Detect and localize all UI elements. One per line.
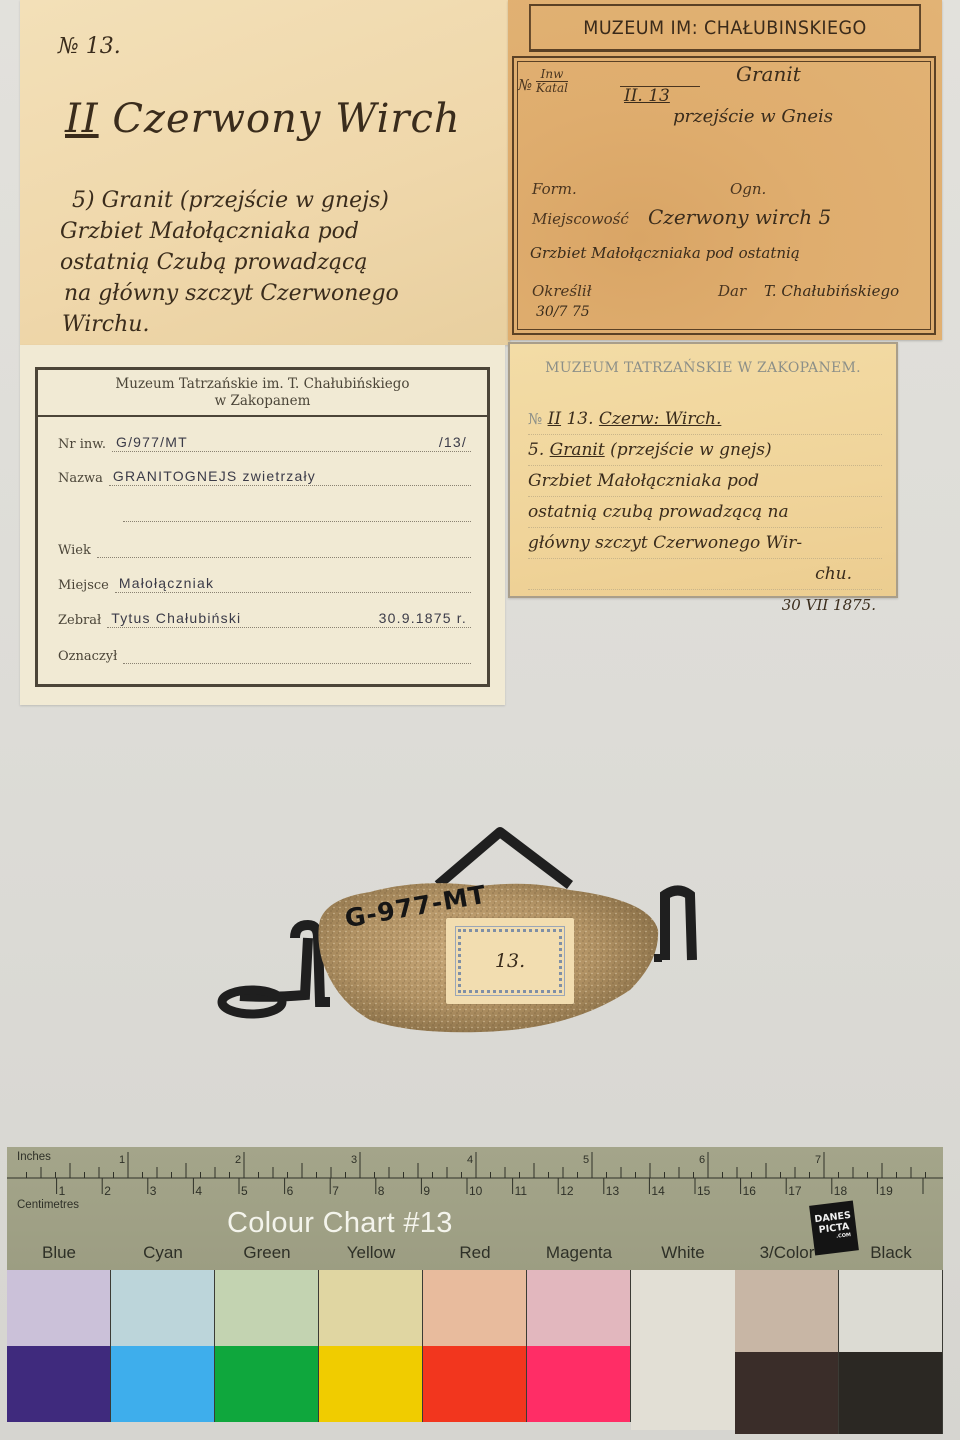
field-value (123, 504, 471, 522)
swatch-green-dark (215, 1346, 319, 1422)
card-header-line1: Muzeum Tatrzańskie im. T. Chałubińskiego (38, 376, 487, 393)
item-sub-number: 5. (528, 440, 544, 460)
svg-text:5: 5 (583, 1154, 589, 1166)
swatch-cyan-light (111, 1270, 215, 1346)
label-line-5: główny szczyt Czerwonego Wir- (528, 528, 882, 559)
label-description: 5) Granit (przejście w gnejs) Grzbiet Ma… (72, 185, 502, 340)
swatch-blue-dark (7, 1346, 111, 1422)
swatch-magenta-light (527, 1270, 631, 1346)
svg-text:5: 5 (241, 1184, 248, 1198)
svg-text:12: 12 (560, 1184, 574, 1198)
label-line-1: № II 13. Czerw: Wirch. (528, 404, 882, 435)
field-label: Oznaczył (58, 649, 117, 664)
field-label: Miejsce (58, 578, 109, 593)
determined-date: 30/7 75 (536, 304, 590, 320)
card-header: Muzeum Tatrzańskie im. T. Chałubińskiego… (38, 370, 487, 417)
label-header: MUZEUM IM: CHAŁUBINSKIEGO (529, 4, 921, 52)
granite-specimen: G-977-MT 13. (210, 820, 710, 1060)
inv-label: Inw (536, 68, 568, 82)
svg-text:15: 15 (697, 1184, 711, 1198)
place-value-continued: Grzbiet Małołączniaka pod ostatnią (530, 244, 800, 262)
handwritten-label-czerwony-wirch: № 13. II Czerwony Wirch 5) Granit (przej… (20, 0, 510, 345)
field-value: Tytus Chałubiński30.9.1875 r. (107, 610, 471, 628)
svg-text:1: 1 (59, 1184, 66, 1198)
label-title-roman: II (65, 96, 99, 142)
place-value: Czerwony wirch 5 (648, 205, 831, 229)
donor-value: T. Chałubińskiego (764, 282, 899, 300)
svg-text:7: 7 (332, 1184, 339, 1198)
swatch-blue-light (7, 1270, 111, 1346)
swatch-red-dark (423, 1346, 527, 1422)
place-label: Miejscowość (532, 210, 629, 228)
number-sign: № (528, 410, 542, 428)
field-oznaczyl: Oznaczył (58, 646, 471, 664)
field-value (123, 646, 471, 664)
swatch-red-light (423, 1270, 527, 1346)
description-line: Grzbiet Małołączniaka pod (60, 216, 502, 247)
svg-text:1: 1 (119, 1154, 125, 1166)
specimen-label-number: 13. (458, 929, 562, 993)
donor-label: Dar (718, 282, 746, 300)
field-label: Zebrał (58, 613, 101, 628)
field-label: Nazwa (58, 471, 103, 486)
label-lines: № II 13. Czerw: Wirch. 5. Granit (przejś… (528, 404, 882, 621)
inches-label: Inches (17, 1151, 51, 1163)
collector-name: Tytus Chałubiński (111, 610, 241, 626)
field-label: Nr inw. (58, 437, 106, 452)
tatra-museum-handwritten-label: MUZEUM TATRZAŃSKIE W ZAKOPANEM. № II 13.… (508, 342, 898, 598)
svg-text:4: 4 (467, 1154, 473, 1166)
rock-name: Granit (736, 62, 801, 86)
patch-label: Black (870, 1243, 912, 1263)
label-date: 30 VII 1875. (528, 590, 882, 621)
svg-text:4: 4 (195, 1184, 202, 1198)
field-value: GRANITOGNEJS zwietrzały (109, 468, 471, 486)
rock-description: przejście w Gneis (673, 106, 833, 127)
label-line-4: ostatnią czubą prowadzącą na (528, 497, 882, 528)
label-header: MUZEUM TATRZAŃSKIE W ZAKOPANEM. (510, 360, 896, 376)
swatch-black-light (839, 1270, 943, 1352)
field-right-value: /13/ (439, 434, 467, 450)
label-line-6: chu. (528, 559, 882, 590)
patch-label: Blue (42, 1243, 76, 1263)
label-line-3: Grzbiet Małołączniaka pod (528, 466, 882, 497)
centimetres-label: Centimetres (17, 1199, 79, 1211)
description-line: 5) Granit (przejście w gnejs) (72, 185, 502, 216)
form-label: Form. (532, 180, 577, 198)
field-nr-inw: Nr inw. G/977/MT/13/ (58, 434, 471, 452)
determined-label: Określił (532, 282, 592, 300)
description-line: na główny szczyt Czerwonego (64, 278, 502, 309)
swatch-3-color-light (735, 1270, 839, 1352)
patch-label: Yellow (347, 1243, 396, 1263)
field-value: Małołączniak (115, 575, 471, 593)
field-value: G/977/MT/13/ (112, 434, 471, 452)
swatch-3-color-dark (735, 1352, 839, 1434)
svg-text:10: 10 (469, 1184, 483, 1198)
svg-text:9: 9 (423, 1184, 430, 1198)
number-sign: № (518, 76, 532, 94)
description-line: Wirchu. (62, 309, 502, 340)
svg-text:11: 11 (515, 1184, 528, 1198)
field-nazwa: Nazwa GRANITOGNEJS zwietrzały (58, 468, 471, 486)
ruler: 123456712345678910111213141516171819 (7, 1147, 943, 1207)
svg-text:17: 17 (788, 1184, 802, 1198)
collection-date: 30.9.1875 r. (379, 610, 467, 626)
svg-text:2: 2 (104, 1184, 111, 1198)
swatch-yellow-light (319, 1270, 423, 1346)
svg-text:19: 19 (879, 1184, 893, 1198)
katal-label: Katal (536, 81, 568, 95)
svg-text:16: 16 (743, 1184, 757, 1198)
place-name: Czerw: Wirch. (599, 409, 721, 429)
svg-text:18: 18 (834, 1184, 848, 1198)
card-header-line2: w Zakopanem (38, 393, 487, 410)
inv-katal-fraction: Inw Katal (536, 68, 568, 95)
svg-text:7: 7 (815, 1154, 821, 1166)
label-title-place: Czerwony Wirch (112, 96, 460, 142)
colour-swatches (7, 1270, 943, 1432)
swatch-black-dark (839, 1352, 943, 1434)
label-title: II Czerwony Wirch (65, 96, 461, 142)
field-label: Wiek (58, 543, 91, 558)
ogn-label: Ogn. (730, 180, 766, 198)
field-wiek: Wiek (58, 540, 471, 558)
svg-text:3: 3 (351, 1154, 357, 1166)
swatch-magenta-dark (527, 1346, 631, 1422)
rock-name: Granit (550, 440, 605, 460)
field-zebral: Zebrał Tytus Chałubiński30.9.1875 r. (58, 610, 471, 628)
card-frame: Muzeum Tatrzańskie im. T. Chałubińskiego… (35, 367, 490, 687)
label-line-2: 5. Granit (przejście w gnejs) (528, 435, 882, 466)
patch-label: Green (243, 1243, 290, 1263)
item-number: 13. (566, 409, 593, 429)
colour-chart: 123456712345678910111213141516171819 Inc… (7, 1147, 943, 1273)
rock-description: (przejście w gnejs) (610, 440, 772, 460)
swatch-yellow-dark (319, 1346, 423, 1422)
field-value (97, 540, 471, 558)
swatch-green-light (215, 1270, 319, 1346)
svg-text:6: 6 (287, 1184, 294, 1198)
section-roman: II (548, 409, 561, 429)
patch-label: Red (459, 1243, 490, 1263)
patch-label: Magenta (546, 1243, 612, 1263)
field-miejsce: Miejsce Małołączniak (58, 575, 471, 593)
field-nazwa-continued (123, 504, 471, 522)
patch-label: Cyan (143, 1243, 183, 1263)
swatch-cyan-dark (111, 1346, 215, 1422)
catalog-value: II. 13 (624, 86, 670, 106)
svg-text:2: 2 (235, 1154, 241, 1166)
chalubinski-museum-label: MUZEUM IM: CHAŁUBINSKIEGO № Inw Katal II… (508, 0, 942, 340)
svg-text:14: 14 (651, 1184, 665, 1198)
tatra-museum-catalog-card: Muzeum Tatrzańskie im. T. Chałubińskiego… (20, 345, 505, 705)
inventory-number: G/977/MT (116, 434, 188, 450)
patch-label: 3/Color (760, 1243, 815, 1263)
svg-text:8: 8 (378, 1184, 385, 1198)
patch-labels: BlueCyanGreenYellowRedMagentaWhite3/Colo… (7, 1243, 943, 1267)
svg-text:6: 6 (699, 1154, 705, 1166)
svg-text:3: 3 (150, 1184, 157, 1198)
chart-title: Colour Chart #13 (227, 1207, 453, 1240)
swatch-white (631, 1270, 735, 1430)
svg-text:13: 13 (606, 1184, 620, 1198)
label-number: № 13. (58, 34, 121, 59)
description-line: ostatnią Czubą prowadzącą (60, 247, 502, 278)
specimen-label: 13. (446, 918, 574, 1004)
patch-label: White (661, 1243, 704, 1263)
